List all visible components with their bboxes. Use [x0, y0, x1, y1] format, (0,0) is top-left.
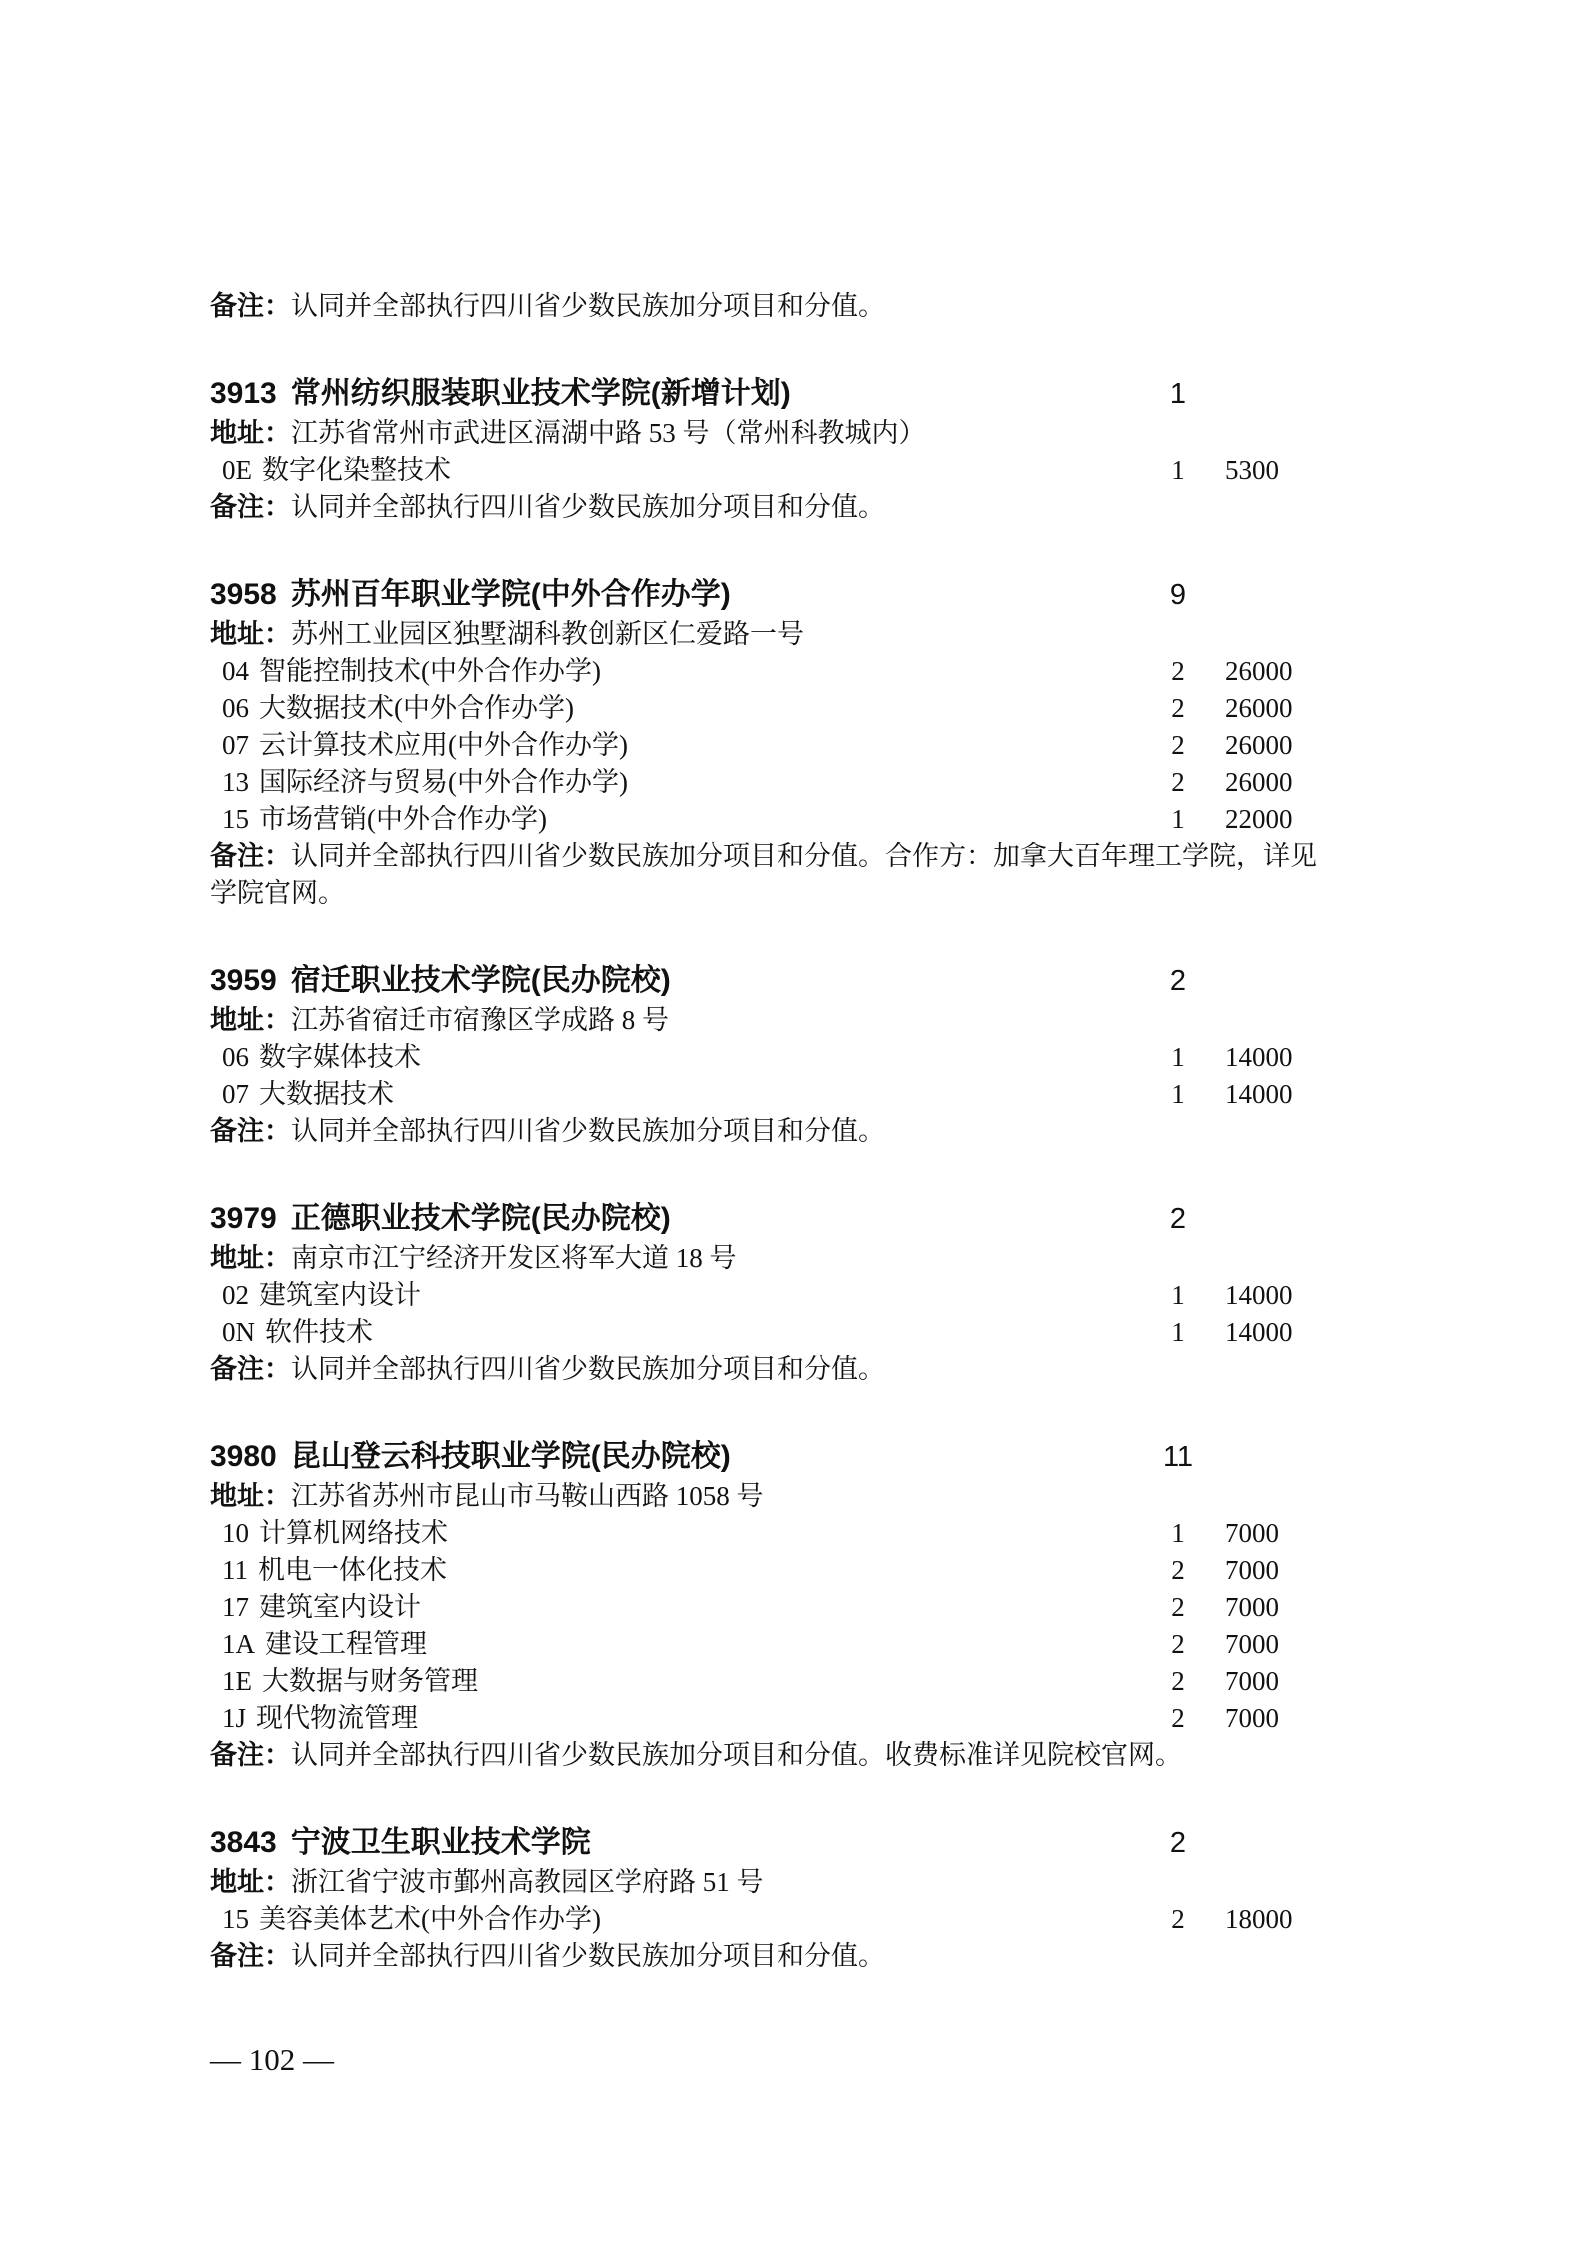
institution-name: 常州纺织服装职业技术学院(新增计划) — [291, 377, 791, 410]
major-code: 10 — [222, 1518, 249, 1548]
note-text: 认同并全部执行四川省少数民族加分项目和分值。收费标准详见院校官网。 — [291, 1740, 1182, 1770]
institution-name: 苏州百年职业学院(中外合作办学) — [291, 578, 731, 611]
major-tuition: 7000 — [1218, 1515, 1332, 1552]
major-name-cell: 06数字媒体技术 — [210, 1039, 1138, 1076]
major-name-cell: 04智能控制技术(中外合作办学) — [210, 653, 1138, 690]
institution-title: 3958苏州百年职业学院(中外合作办学) — [210, 574, 1138, 615]
institution-code: 3913 — [210, 377, 277, 410]
note-line: 备注：认同并全部执行四川省少数民族加分项目和分值。合作方：加拿大百年理工学院，详… — [210, 838, 1332, 912]
major-name-cell: 13国际经济与贸易(中外合作办学) — [210, 764, 1138, 801]
major-name-cell: 10计算机网络技术 — [210, 1515, 1138, 1552]
major-count: 2 — [1138, 1700, 1218, 1737]
institution-total-count: 2 — [1138, 1823, 1218, 1864]
institution-total-count: 1 — [1138, 374, 1218, 415]
note-label: 备注： — [210, 1740, 291, 1770]
major-count: 2 — [1138, 764, 1218, 801]
major-tuition: 14000 — [1218, 1076, 1332, 1113]
address-line: 地址：南京市江宁经济开发区将军大道 18 号 — [210, 1240, 1332, 1277]
sections-list: 3913常州纺织服装职业技术学院(新增计划) 1 地址：江苏省常州市武进区滆湖中… — [210, 373, 1332, 1975]
major-code: 11 — [222, 1555, 248, 1585]
major-name: 数字化染整技术 — [262, 455, 451, 485]
major-row: 04智能控制技术(中外合作办学) 2 26000 — [210, 653, 1332, 690]
institution-title-row: 3843宁波卫生职业技术学院 2 — [210, 1822, 1332, 1864]
major-name: 建筑室内设计 — [259, 1280, 421, 1310]
institution-title-row: 3980昆山登云科技职业学院(民办院校) 11 — [210, 1436, 1332, 1478]
institution-title: 3913常州纺织服装职业技术学院(新增计划) — [210, 373, 1138, 414]
major-code: 13 — [222, 767, 249, 797]
major-row: 17建筑室内设计 2 7000 — [210, 1589, 1332, 1626]
major-name-cell: 02建筑室内设计 — [210, 1277, 1138, 1314]
institution-total-count: 11 — [1138, 1437, 1218, 1478]
institution-title-row: 3913常州纺织服装职业技术学院(新增计划) 1 — [210, 373, 1332, 415]
note-line: 备注：认同并全部执行四川省少数民族加分项目和分值。 — [210, 489, 1332, 526]
institution-name: 昆山登云科技职业学院(民办院校) — [291, 1440, 731, 1473]
major-name: 机电一体化技术 — [258, 1555, 447, 1585]
major-name-cell: 1A建设工程管理 — [210, 1626, 1138, 1663]
major-code: 1J — [222, 1703, 246, 1733]
majors-list: 02建筑室内设计 1 14000 0N软件技术 1 14000 — [210, 1277, 1332, 1351]
major-count: 2 — [1138, 1901, 1218, 1938]
major-name-cell: 15市场营销(中外合作办学) — [210, 801, 1138, 838]
major-name: 大数据技术(中外合作办学) — [259, 693, 574, 723]
address-label: 地址： — [210, 418, 291, 448]
major-count: 1 — [1138, 1076, 1218, 1113]
major-tuition: 26000 — [1218, 653, 1332, 690]
major-name: 云计算技术应用(中外合作办学) — [259, 730, 628, 760]
note-label: 备注： — [210, 1354, 291, 1384]
address-value: 苏州工业园区独墅湖科教创新区仁爱路一号 — [291, 619, 804, 649]
address-value: 江苏省宿迁市宿豫区学成路 8 号 — [291, 1005, 669, 1035]
major-code: 17 — [222, 1592, 249, 1622]
institution-code: 3980 — [210, 1440, 277, 1473]
major-name: 计算机网络技术 — [259, 1518, 448, 1548]
major-tuition: 7000 — [1218, 1589, 1332, 1626]
address-value: 江苏省常州市武进区滆湖中路 53 号（常州科教城内） — [291, 418, 926, 448]
major-code: 15 — [222, 804, 249, 834]
major-name-cell: 1E大数据与财务管理 — [210, 1663, 1138, 1700]
major-code: 0E — [222, 455, 252, 485]
majors-list: 04智能控制技术(中外合作办学) 2 26000 06大数据技术(中外合作办学)… — [210, 653, 1332, 838]
address-line: 地址：江苏省苏州市昆山市马鞍山西路 1058 号 — [210, 1478, 1332, 1515]
document-page: 备注：认同并全部执行四川省少数民族加分项目和分值。 3913常州纺织服装职业技术… — [0, 0, 1587, 2245]
page-number: — 102 — — [210, 2042, 334, 2078]
address-line: 地址：苏州工业园区独墅湖科教创新区仁爱路一号 — [210, 616, 1332, 653]
major-row: 0N软件技术 1 14000 — [210, 1314, 1332, 1351]
institution-code: 3958 — [210, 578, 277, 611]
institution-total-count: 2 — [1138, 1199, 1218, 1240]
institution-code: 3979 — [210, 1202, 277, 1235]
major-count: 2 — [1138, 653, 1218, 690]
note-label: 备注： — [210, 291, 291, 321]
major-tuition: 26000 — [1218, 764, 1332, 801]
major-code: 02 — [222, 1280, 249, 1310]
major-name-cell: 15美容美体艺术(中外合作办学) — [210, 1901, 1138, 1938]
major-name: 市场营销(中外合作办学) — [259, 804, 547, 834]
institution-title-row: 3958苏州百年职业学院(中外合作办学) 9 — [210, 574, 1332, 616]
major-count: 2 — [1138, 1663, 1218, 1700]
institution-title-row: 3959宿迁职业技术学院(民办院校) 2 — [210, 960, 1332, 1002]
major-row: 0E数字化染整技术 1 5300 — [210, 452, 1332, 489]
major-count: 1 — [1138, 1314, 1218, 1351]
note-text: 认同并全部执行四川省少数民族加分项目和分值。 — [291, 291, 885, 321]
institution-section: 3958苏州百年职业学院(中外合作办学) 9 地址：苏州工业园区独墅湖科教创新区… — [210, 574, 1332, 912]
major-count: 2 — [1138, 727, 1218, 764]
major-code: 15 — [222, 1904, 249, 1934]
majors-list: 15美容美体艺术(中外合作办学) 2 18000 — [210, 1901, 1332, 1938]
note-text: 认同并全部执行四川省少数民族加分项目和分值。 — [291, 1354, 885, 1384]
major-row: 1E大数据与财务管理 2 7000 — [210, 1663, 1332, 1700]
major-code: 1E — [222, 1666, 252, 1696]
address-value: 江苏省苏州市昆山市马鞍山西路 1058 号 — [291, 1481, 764, 1511]
institution-code: 3959 — [210, 964, 277, 997]
major-name: 现代物流管理 — [256, 1703, 418, 1733]
major-row: 15美容美体艺术(中外合作办学) 2 18000 — [210, 1901, 1332, 1938]
major-tuition: 7000 — [1218, 1663, 1332, 1700]
institution-section: 3979正德职业技术学院(民办院校) 2 地址：南京市江宁经济开发区将军大道 1… — [210, 1198, 1332, 1388]
note-text: 认同并全部执行四川省少数民族加分项目和分值。 — [291, 1941, 885, 1971]
major-tuition: 7000 — [1218, 1626, 1332, 1663]
major-tuition: 7000 — [1218, 1552, 1332, 1589]
major-row: 07云计算技术应用(中外合作办学) 2 26000 — [210, 727, 1332, 764]
majors-list: 10计算机网络技术 1 7000 11机电一体化技术 2 7000 17建筑室内… — [210, 1515, 1332, 1737]
major-count: 1 — [1138, 452, 1218, 489]
institution-name: 宁波卫生职业技术学院 — [291, 1826, 591, 1859]
major-name: 建筑室内设计 — [259, 1592, 421, 1622]
institution-total-count: 9 — [1138, 575, 1218, 616]
major-count: 2 — [1138, 690, 1218, 727]
major-tuition: 26000 — [1218, 690, 1332, 727]
major-row: 02建筑室内设计 1 14000 — [210, 1277, 1332, 1314]
orphan-note-line: 备注：认同并全部执行四川省少数民族加分项目和分值。 — [210, 288, 1332, 325]
major-row: 07大数据技术 1 14000 — [210, 1076, 1332, 1113]
major-count: 2 — [1138, 1589, 1218, 1626]
address-label: 地址： — [210, 1867, 291, 1897]
institution-section: 3959宿迁职业技术学院(民办院校) 2 地址：江苏省宿迁市宿豫区学成路 8 号… — [210, 960, 1332, 1150]
address-label: 地址： — [210, 619, 291, 649]
major-tuition: 22000 — [1218, 801, 1332, 838]
major-tuition: 14000 — [1218, 1277, 1332, 1314]
major-name: 数字媒体技术 — [259, 1042, 421, 1072]
address-line: 地址：浙江省宁波市鄞州高教园区学府路 51 号 — [210, 1864, 1332, 1901]
note-label: 备注： — [210, 1116, 291, 1146]
major-row: 1J现代物流管理 2 7000 — [210, 1700, 1332, 1737]
major-code: 0N — [222, 1317, 255, 1347]
institution-title: 3980昆山登云科技职业学院(民办院校) — [210, 1436, 1138, 1477]
page-content: 备注：认同并全部执行四川省少数民族加分项目和分值。 3913常州纺织服装职业技术… — [210, 288, 1332, 1975]
address-label: 地址： — [210, 1005, 291, 1035]
note-label: 备注： — [210, 1941, 291, 1971]
major-code: 06 — [222, 693, 249, 723]
major-code: 07 — [222, 730, 249, 760]
major-name-cell: 17建筑室内设计 — [210, 1589, 1138, 1626]
address-line: 地址：江苏省宿迁市宿豫区学成路 8 号 — [210, 1002, 1332, 1039]
major-name-cell: 0N软件技术 — [210, 1314, 1138, 1351]
major-name-cell: 0E数字化染整技术 — [210, 452, 1138, 489]
major-row: 11机电一体化技术 2 7000 — [210, 1552, 1332, 1589]
note-text: 认同并全部执行四川省少数民族加分项目和分值。 — [291, 492, 885, 522]
major-count: 1 — [1138, 801, 1218, 838]
address-value: 浙江省宁波市鄞州高教园区学府路 51 号 — [291, 1867, 764, 1897]
major-row: 15市场营销(中外合作办学) 1 22000 — [210, 801, 1332, 838]
institution-total-count: 2 — [1138, 961, 1218, 1002]
institution-code: 3843 — [210, 1826, 277, 1859]
major-name: 国际经济与贸易(中外合作办学) — [259, 767, 628, 797]
major-code: 06 — [222, 1042, 249, 1072]
note-line: 备注：认同并全部执行四川省少数民族加分项目和分值。 — [210, 1351, 1332, 1388]
major-name-cell: 07大数据技术 — [210, 1076, 1138, 1113]
majors-list: 0E数字化染整技术 1 5300 — [210, 452, 1332, 489]
major-name-cell: 07云计算技术应用(中外合作办学) — [210, 727, 1138, 764]
note-line: 备注：认同并全部执行四川省少数民族加分项目和分值。收费标准详见院校官网。 — [210, 1737, 1332, 1774]
major-row: 1A建设工程管理 2 7000 — [210, 1626, 1332, 1663]
major-name-cell: 06大数据技术(中外合作办学) — [210, 690, 1138, 727]
major-count: 2 — [1138, 1552, 1218, 1589]
note-text: 认同并全部执行四川省少数民族加分项目和分值。 — [291, 1116, 885, 1146]
address-label: 地址： — [210, 1481, 291, 1511]
institution-section: 3913常州纺织服装职业技术学院(新增计划) 1 地址：江苏省常州市武进区滆湖中… — [210, 373, 1332, 526]
major-code: 07 — [222, 1079, 249, 1109]
institution-section: 3843宁波卫生职业技术学院 2 地址：浙江省宁波市鄞州高教园区学府路 51 号… — [210, 1822, 1332, 1975]
major-row: 13国际经济与贸易(中外合作办学) 2 26000 — [210, 764, 1332, 801]
note-line: 备注：认同并全部执行四川省少数民族加分项目和分值。 — [210, 1113, 1332, 1150]
major-name: 大数据技术 — [259, 1079, 394, 1109]
institution-title-row: 3979正德职业技术学院(民办院校) 2 — [210, 1198, 1332, 1240]
major-row: 06数字媒体技术 1 14000 — [210, 1039, 1332, 1076]
major-row: 06大数据技术(中外合作办学) 2 26000 — [210, 690, 1332, 727]
major-name-cell: 1J现代物流管理 — [210, 1700, 1138, 1737]
major-count: 2 — [1138, 1626, 1218, 1663]
institution-section: 3980昆山登云科技职业学院(民办院校) 11 地址：江苏省苏州市昆山市马鞍山西… — [210, 1436, 1332, 1774]
major-name: 大数据与财务管理 — [262, 1666, 478, 1696]
major-row: 10计算机网络技术 1 7000 — [210, 1515, 1332, 1552]
institution-title: 3843宁波卫生职业技术学院 — [210, 1822, 1138, 1863]
major-tuition: 14000 — [1218, 1314, 1332, 1351]
major-count: 1 — [1138, 1039, 1218, 1076]
major-tuition: 14000 — [1218, 1039, 1332, 1076]
note-label: 备注： — [210, 492, 291, 522]
major-name: 智能控制技术(中外合作办学) — [259, 656, 601, 686]
major-tuition: 7000 — [1218, 1700, 1332, 1737]
address-value: 南京市江宁经济开发区将军大道 18 号 — [291, 1243, 737, 1273]
major-count: 1 — [1138, 1515, 1218, 1552]
major-tuition: 5300 — [1218, 452, 1332, 489]
institution-name: 宿迁职业技术学院(民办院校) — [291, 964, 671, 997]
address-label: 地址： — [210, 1243, 291, 1273]
major-code: 1A — [222, 1629, 255, 1659]
address-line: 地址：江苏省常州市武进区滆湖中路 53 号（常州科教城内） — [210, 415, 1332, 452]
major-tuition: 26000 — [1218, 727, 1332, 764]
institution-name: 正德职业技术学院(民办院校) — [291, 1202, 671, 1235]
majors-list: 06数字媒体技术 1 14000 07大数据技术 1 14000 — [210, 1039, 1332, 1113]
note-line: 备注：认同并全部执行四川省少数民族加分项目和分值。 — [210, 1938, 1332, 1975]
major-code: 04 — [222, 656, 249, 686]
institution-title: 3979正德职业技术学院(民办院校) — [210, 1198, 1138, 1239]
major-tuition: 18000 — [1218, 1901, 1332, 1938]
major-name: 软件技术 — [265, 1317, 373, 1347]
note-label: 备注： — [210, 841, 291, 871]
major-count: 1 — [1138, 1277, 1218, 1314]
major-name: 建设工程管理 — [265, 1629, 427, 1659]
institution-title: 3959宿迁职业技术学院(民办院校) — [210, 960, 1138, 1001]
major-name: 美容美体艺术(中外合作办学) — [259, 1904, 601, 1934]
major-name-cell: 11机电一体化技术 — [210, 1552, 1138, 1589]
note-text: 认同并全部执行四川省少数民族加分项目和分值。合作方：加拿大百年理工学院，详见学院… — [210, 841, 1317, 908]
